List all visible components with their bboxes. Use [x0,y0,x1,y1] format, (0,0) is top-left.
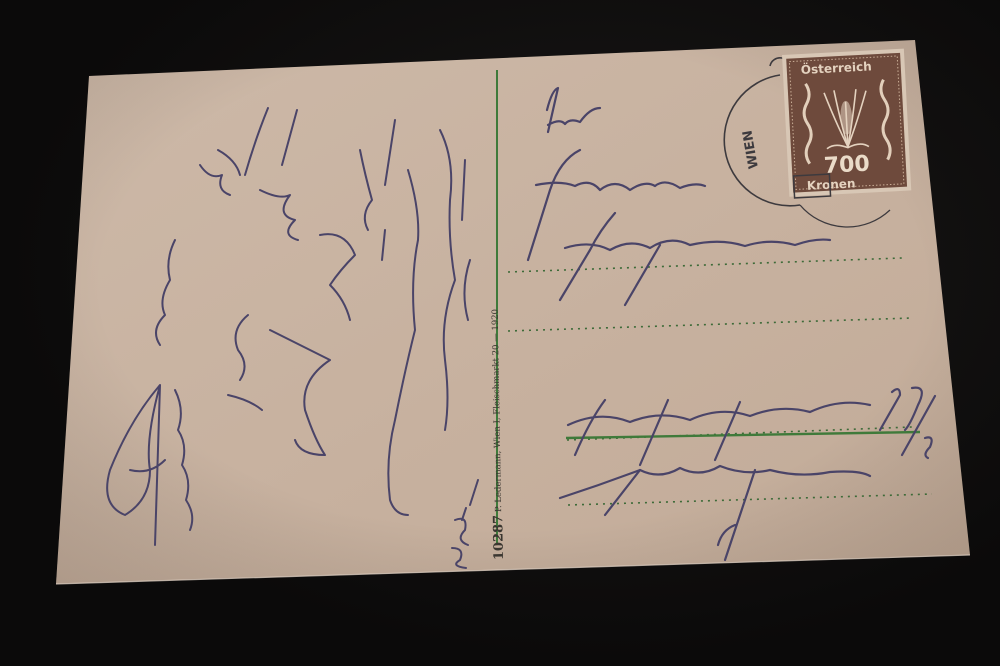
svg-text:München: München [600,482,648,493]
svg-text:Familie: Familie [548,182,585,193]
svg-text:700: 700 [823,152,870,179]
postcard: 10287 P. Ledermann, Wien I, Fleischmarkt… [0,0,1000,666]
svg-text:Dein Emma: Dein Emma [110,462,169,473]
postage-stamp: Österreich 700 Kronen [782,49,911,197]
photo-scene: 10287 P. Ledermann, Wien I, Fleischmarkt… [0,0,1000,666]
svg-text:Greifmann: Greifmann [565,240,619,251]
svg-text:Kronen: Kronen [807,176,856,193]
svg-text:1.11.25.: 1.11.25. [460,532,501,543]
svg-text:Potsdamerstraße 19/3: Potsdamerstraße 19/3 [568,412,680,423]
svg-text:An: An [547,117,562,128]
